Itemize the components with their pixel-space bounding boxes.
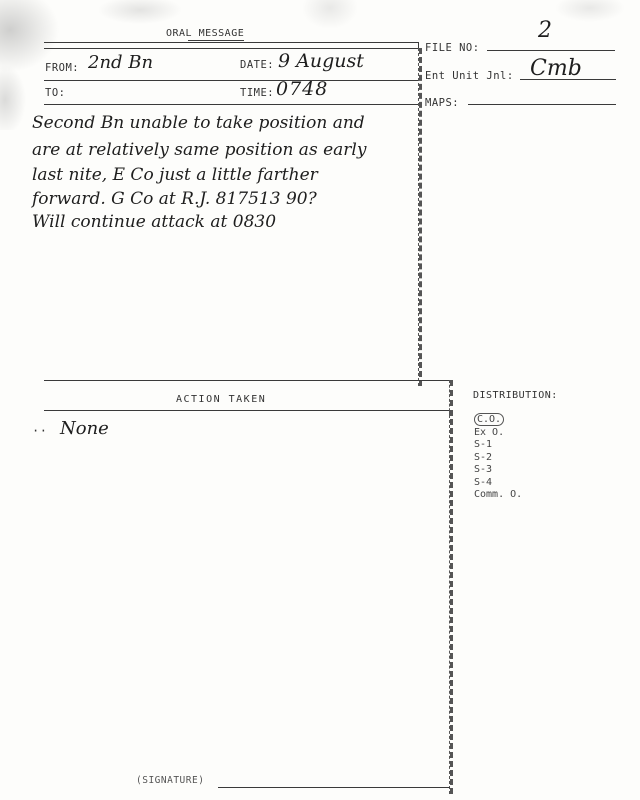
action-right-edge (449, 410, 453, 794)
time-value[interactable]: 0748 (276, 78, 328, 100)
time-label: TIME: (240, 87, 274, 99)
distribution-item: C.O. (474, 414, 522, 427)
action-top-rule (44, 380, 450, 381)
message-line: forward. G Co at R.J. 817513 90? (32, 189, 317, 209)
distribution-item: S-3 (474, 464, 522, 477)
action-header-rule (44, 410, 450, 411)
message-line: are at relatively same position as early (32, 140, 366, 160)
distribution-item: S-1 (474, 439, 522, 452)
distribution-list: C.O. Ex O. S-1 S-2 S-3 S-4 Comm. O. (474, 414, 522, 502)
maps-label: MAPS: (425, 97, 459, 109)
distribution-item: S-2 (474, 452, 522, 465)
form-title: ORAL MESSAGE (166, 28, 244, 39)
from-label: FROM: (45, 62, 79, 74)
from-rule (44, 80, 419, 81)
distribution-item: S-4 (474, 477, 522, 490)
ent-unit-jnl-rule (520, 79, 616, 80)
message-line: Will continue attack at 0830 (32, 212, 276, 232)
ent-unit-jnl-value[interactable]: Cmb (530, 56, 582, 81)
file-no-value[interactable]: 2 (538, 18, 552, 43)
distribution-item: Ex O. (474, 427, 522, 440)
signature-rule[interactable] (218, 787, 450, 788)
date-value[interactable]: 9 August (278, 50, 364, 72)
from-value[interactable]: 2nd Bn (88, 52, 153, 73)
date-label: DATE: (240, 59, 274, 71)
signature-label: (SIGNATURE) (136, 775, 204, 786)
header-rule-2 (44, 48, 419, 49)
maps-rule (468, 104, 616, 105)
message-line: Second Bn unable to take position and (32, 113, 365, 133)
action-bullet: ·· (32, 424, 47, 438)
circle-mark: C.O. (474, 413, 504, 426)
distribution-label: DISTRIBUTION: (473, 390, 558, 401)
file-no-label: FILE NO: (425, 42, 480, 54)
distribution-item: Comm. O. (474, 489, 522, 502)
file-no-rule (487, 50, 615, 51)
action-value[interactable]: None (60, 418, 109, 439)
message-right-edge (418, 48, 422, 386)
to-label: TO: (45, 87, 65, 99)
header-top-rule (44, 42, 419, 43)
to-rule (44, 104, 419, 105)
title-underline (188, 40, 244, 41)
message-line: last nite, E Co just a little farther (32, 165, 318, 185)
action-header: ACTION TAKEN (176, 394, 266, 405)
ent-unit-jnl-label: Ent Unit Jnl: (425, 70, 514, 82)
